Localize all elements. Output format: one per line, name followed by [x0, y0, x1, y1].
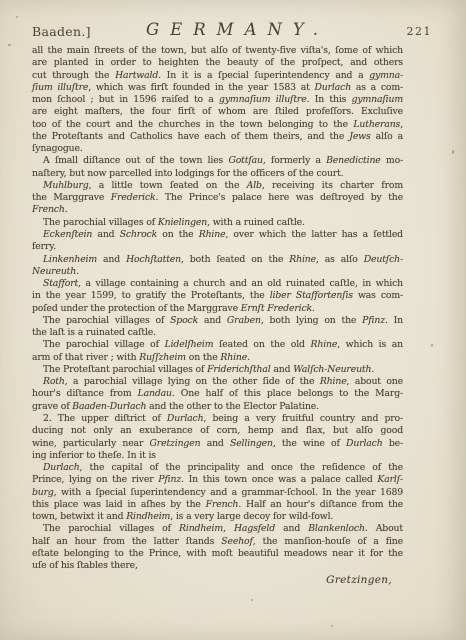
running-header: Baaden.] GERMANY. 221	[32, 20, 432, 42]
body-text: town, betwixt it and	[32, 511, 126, 522]
italic-text: Muhlburg	[43, 180, 89, 191]
body-text: .	[312, 303, 315, 314]
italic-text: Walſch-Neureuth	[293, 364, 371, 375]
catchword: Gretzingen,	[326, 574, 392, 586]
body-text: hour's diſtance from	[32, 388, 138, 399]
body-text: poſed under the protection of the Marggr…	[32, 303, 241, 314]
body-text: , both ſeated on the	[181, 254, 289, 265]
body-text: and	[271, 364, 294, 375]
body-text: , which was firſt founded in the year 15…	[88, 82, 314, 93]
body-text: are eight maſters, the four firſt of who…	[32, 106, 403, 117]
speck-mark	[331, 625, 333, 627]
body-text: 2. The upper diſtrict of	[43, 413, 167, 424]
running-head-title: GERMANY.	[32, 20, 432, 39]
body-text: the Marggrave	[32, 192, 111, 203]
body-text: .	[371, 364, 374, 375]
text-line: ſium illuſtre, which was firſt founded i…	[32, 82, 403, 94]
text-line: The Proteſtant parochial villages of Fri…	[32, 364, 403, 376]
speck-mark	[16, 16, 18, 18]
body-text: , receiving its charter from	[262, 180, 403, 191]
text-line: the laſt is a ruinated caſtle.	[32, 327, 403, 339]
body-text: on the	[186, 352, 220, 363]
text-line: The parochial villages of Rindheim, Hags…	[32, 523, 403, 535]
speck-mark	[431, 344, 433, 347]
italic-text: Ernſt Frederick	[241, 303, 312, 314]
body-text: . About	[365, 523, 403, 534]
text-line: ducing not only an exuberance of corn, h…	[32, 425, 403, 437]
italic-text: Rhine	[311, 339, 338, 350]
italic-text: Eckenſtein	[43, 229, 92, 240]
text-line: Muhlburg, a little town ſeated on the Al…	[32, 180, 403, 192]
body-text: , a parochial village lying on the other…	[65, 376, 320, 387]
italic-text: Staffort	[43, 278, 78, 289]
body-text: on the	[157, 229, 199, 240]
text-line: Durlach, the capital of the principality…	[32, 462, 403, 474]
text-line: the Proteſtants and Catholics have each …	[32, 131, 403, 143]
body-text: .	[65, 204, 68, 215]
body-text: mon ſchool ; but in 1596 raiſed to a	[32, 94, 219, 105]
body-text: , both lying on the	[261, 315, 362, 326]
speck-mark	[106, 563, 108, 565]
italic-text: Hartwald	[115, 70, 158, 81]
text-line: Roth, a parochial village lying on the o…	[32, 376, 403, 388]
italic-text: Knielingen	[158, 217, 207, 228]
italic-text: Landau	[138, 388, 172, 399]
body-text: , formerly a	[263, 155, 326, 166]
italic-text: Hagsfeld	[234, 523, 275, 534]
text-line: ſynagogue.	[32, 143, 403, 155]
text-line: naſtery, but now parcelled into lodgings…	[32, 168, 403, 180]
body-text: , the wine of	[273, 438, 346, 449]
body-text: ſynagogue.	[32, 143, 83, 154]
text-line: Staffort, a village containing a church …	[32, 278, 403, 290]
italic-text: gymnaſium illuſtre	[219, 94, 307, 105]
body-text: all the main ſtreets of the town, but al…	[32, 45, 403, 56]
text-line: ing inferior to theſe. In it is	[32, 450, 403, 462]
text-line: The parochial village of Lidelſheim ſeat…	[32, 339, 403, 351]
text-line: uſe of his ſtables there,	[32, 560, 403, 572]
text-line: wine, particularly near Gretzingen and S…	[32, 438, 403, 450]
text-line: poſed under the protection of the Marggr…	[32, 303, 403, 315]
body-text: wine, particularly near	[32, 438, 150, 449]
body-text: , a village containing a church and an o…	[78, 278, 403, 289]
body-text: and	[275, 523, 308, 534]
text-line: all the main ſtreets of the town, but al…	[32, 45, 403, 57]
speck-mark	[452, 150, 455, 154]
body-text: ,	[223, 523, 234, 534]
book-page: Baaden.] GERMANY. 221 all the main ſtree…	[0, 0, 466, 640]
italic-text: Sellingen	[230, 438, 273, 449]
italic-text: Benedictine	[326, 155, 381, 166]
text-line: are eight maſters, the four firſt of who…	[32, 106, 403, 118]
body-text: as a com-	[351, 82, 403, 93]
body-text: Prince, lying on the river	[32, 474, 158, 485]
body-text: , is a very large decoy for wild-fowl.	[170, 511, 333, 522]
text-line: too of the court and the churches in the…	[32, 119, 403, 131]
body-text: uſe of his ſtables there,	[32, 560, 138, 571]
italic-text: Lutherans	[353, 119, 400, 130]
text-line: ferry.	[32, 241, 403, 253]
text-line: The parochial villages of Knielingen, wi…	[32, 217, 403, 229]
body-text: in the year 1599, to gratify the Proteſt…	[32, 290, 270, 301]
italic-text: Rindheim	[179, 523, 223, 534]
text-line: grave of Baaden-Durlach and the other to…	[32, 401, 403, 413]
text-line: the Marggrave Frederick. The Prince's pa…	[32, 192, 403, 204]
text-line: Prince, lying on the river Pfinz. In thi…	[32, 474, 403, 486]
body-text: the laſt is a ruinated caſtle.	[32, 327, 156, 338]
text-line: eſtate belonging to the Prince, with moſ…	[32, 548, 403, 560]
italic-text: Hochſtatten	[126, 254, 181, 265]
italic-text: Durlach	[43, 462, 80, 473]
body-text: mo-	[381, 155, 403, 166]
italic-text: Rindheim	[126, 511, 170, 522]
italic-text: Friderichſthal	[207, 364, 271, 375]
body-text: and	[97, 254, 126, 265]
italic-text: Rhine	[199, 229, 226, 240]
italic-text: Blankenloch	[308, 523, 365, 534]
italic-text: Graben	[227, 315, 261, 326]
body-text: The parochial village of	[43, 339, 165, 350]
italic-text: French	[32, 204, 65, 215]
italic-text: ſium illuſtre	[32, 82, 88, 93]
italic-text: Rhine	[289, 254, 316, 265]
text-line: Neureuth.	[32, 266, 403, 278]
body-text: .	[76, 266, 79, 277]
text-line: in the year 1599, to gratify the Proteſt…	[32, 290, 403, 302]
speck-mark	[8, 44, 11, 46]
italic-text: Linkenheim	[43, 254, 97, 265]
body-text: , as alſo	[316, 254, 364, 265]
italic-text: Durlach	[346, 438, 383, 449]
body-text: . One half of this place belongs to the …	[172, 388, 403, 399]
body-text: arm of that river ; with	[32, 352, 139, 363]
italic-text: Rhine	[320, 376, 347, 387]
body-text: are planted in order to heighten the bea…	[32, 57, 403, 68]
body-text: . In this	[307, 94, 352, 105]
italic-text: Karlſ-	[377, 474, 403, 485]
text-line: The parochial villages of Spock and Grab…	[32, 315, 403, 327]
text-line: Eckenſtein and Schrock on the Rhine, ove…	[32, 229, 403, 241]
body-text: The parochial villages of	[43, 315, 170, 326]
text-line: arm of that river ; with Ruſſzheim on th…	[32, 352, 403, 364]
text-line: are planted in order to heighten the bea…	[32, 57, 403, 69]
body-text: , with a ruined caſtle.	[207, 217, 305, 228]
body-text: cut through the	[32, 70, 115, 81]
body-text: , with a ſpecial ſuperintendency and a g…	[54, 487, 403, 498]
body-text: too of the court and the churches in the…	[32, 119, 353, 130]
text-line: cut through the Hartwald. In it is a ſpe…	[32, 70, 403, 82]
body-text: naſtery, but now parcelled into lodgings…	[32, 168, 343, 179]
text-line: hour's diſtance from Landau. One half of…	[32, 388, 403, 400]
body-text: ſeated on the old	[213, 339, 310, 350]
italic-text: Durlach	[167, 413, 204, 424]
italic-text: liber Staffortenſis	[270, 290, 353, 301]
body-text: and	[200, 438, 230, 449]
body-text: was com-	[353, 290, 403, 301]
italic-text: Deutſch-	[364, 254, 403, 265]
text-line: this place was laid in aſhes by the Fren…	[32, 499, 403, 511]
body-text: ,	[400, 119, 403, 130]
text-line: 2. The upper diſtrict of Durlach, being …	[32, 413, 403, 425]
italic-text: Rhine	[220, 352, 247, 363]
italic-text: gymnaſium	[352, 94, 403, 105]
italic-text: Gretzingen	[150, 438, 201, 449]
italic-text: Pfinz	[362, 315, 385, 326]
text-line: half an hour from the latter ſtands Seeh…	[32, 536, 403, 548]
italic-text: French	[206, 499, 239, 510]
italic-text: Durlach	[314, 82, 351, 93]
italic-text: gymna-	[369, 70, 403, 81]
text-block: all the main ſtreets of the town, but al…	[32, 45, 403, 572]
italic-text: Ruſſzheim	[139, 352, 186, 363]
body-text: grave of	[32, 401, 72, 412]
text-line: mon ſchool ; but in 1596 raiſed to a gym…	[32, 94, 403, 106]
body-text: . In this town once was a palace called	[181, 474, 377, 485]
body-text: . The Prince's palace here was deſtroyed…	[156, 192, 403, 203]
body-text: ducing not only an exuberance of corn, h…	[32, 425, 403, 436]
body-text: be-	[383, 438, 403, 449]
italic-text: burg	[32, 487, 54, 498]
italic-text: Lidelſheim	[165, 339, 214, 350]
text-line: A ſmall diſtance out of the town lies Go…	[32, 155, 403, 167]
italic-text: Pfinz	[158, 474, 181, 485]
italic-text: Jews	[349, 131, 370, 142]
italic-text: Seehof	[221, 536, 253, 547]
italic-text: Alb	[247, 180, 262, 191]
body-text: this place was laid in aſhes by the	[32, 499, 206, 510]
body-text: , the capital of the principality and on…	[80, 462, 403, 473]
text-line: burg, with a ſpecial ſuperintendency and…	[32, 487, 403, 499]
body-text: and the other to the Elector Palatine.	[146, 401, 319, 412]
body-text: , being a very fruitful country and pro-	[203, 413, 403, 424]
italic-text: Baaden-Durlach	[72, 401, 146, 412]
body-text: .	[247, 352, 250, 363]
speck-mark	[251, 599, 253, 601]
body-text: , which is an	[337, 339, 403, 350]
body-text: and	[198, 315, 227, 326]
body-text: and	[92, 229, 119, 240]
body-text: half an hour from the latter ſtands	[32, 536, 221, 547]
italic-text: Gottſau	[228, 155, 262, 166]
body-text: , over which the latter has a ſettled	[225, 229, 403, 240]
text-line: Linkenheim and Hochſtatten, both ſeated …	[32, 254, 403, 266]
body-text: eſtate belonging to the Prince, with moſ…	[32, 548, 403, 559]
body-text: ing inferior to theſe. In it is	[32, 450, 156, 461]
italic-text: Schrock	[120, 229, 157, 240]
body-text: The parochial villages of	[43, 217, 158, 228]
body-text: alſo a	[371, 131, 403, 142]
body-text: the Proteſtants and Catholics have each …	[32, 131, 349, 142]
body-text: The Proteſtant parochial villages of	[43, 364, 207, 375]
italic-text: Spock	[170, 315, 198, 326]
body-text: A ſmall diſtance out of the town lies	[43, 155, 228, 166]
italic-text: Frederick	[111, 192, 156, 203]
body-text: , the manſion-houſe of a fine	[253, 536, 403, 547]
body-text: ferry.	[32, 241, 56, 252]
text-line: town, betwixt it and Rindheim, is a very…	[32, 511, 403, 523]
body-text: The parochial villages of	[43, 523, 179, 534]
body-text: , about one	[347, 376, 403, 387]
italic-text: Neureuth	[32, 266, 76, 277]
page-number: 221	[407, 25, 433, 38]
italic-text: Roth	[43, 376, 65, 387]
body-text: . Half an hour's diſtance from the	[238, 499, 403, 510]
body-text: . In it is a ſpecial ſuperintendency and…	[158, 70, 369, 81]
text-line: French.	[32, 204, 403, 216]
body-text: , a little town ſeated on the	[89, 180, 247, 191]
body-text: . In	[385, 315, 403, 326]
